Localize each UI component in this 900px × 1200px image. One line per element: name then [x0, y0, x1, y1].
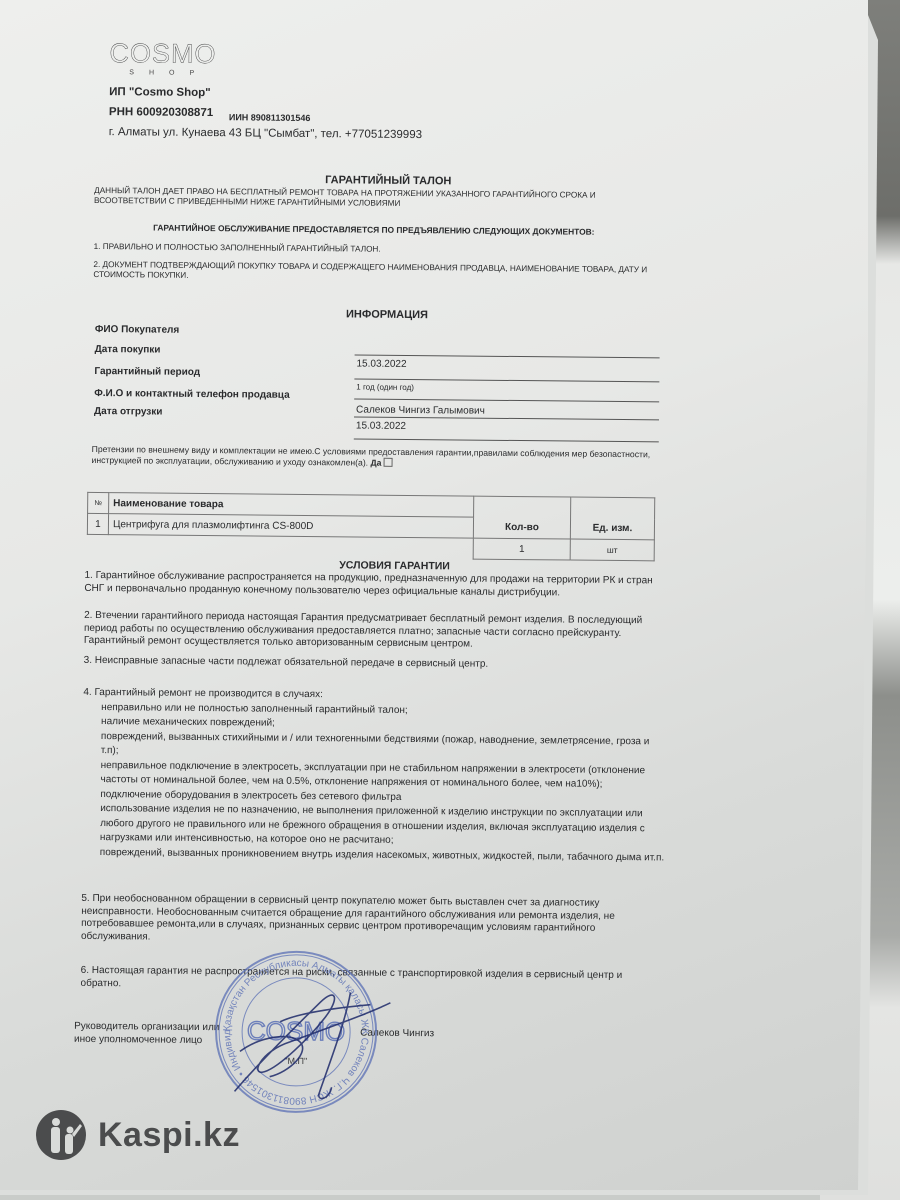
logo-sub: SHOP — [129, 69, 221, 77]
goods-table: № Наименование товара 1 Центрифуга для п… — [87, 492, 656, 561]
cosmo-shop-logo: COSMO SHOP — [109, 38, 221, 77]
underline — [354, 378, 659, 382]
handwritten-signature — [219, 981, 400, 1103]
info-label: Гарантийный период — [94, 366, 200, 378]
info-label: Ф.И.О и контактный телефон продавца — [94, 388, 290, 401]
condition-3: 3. Неисправные запасные части подлежат о… — [84, 655, 669, 673]
empty-cell — [87, 534, 108, 555]
rnn-number: РНН 600920308871 — [109, 106, 213, 119]
info-label: Дата покупки — [95, 344, 161, 356]
company-address: г. Алматы ул. Кунаева 43 БЦ "Сымбат", те… — [109, 126, 422, 141]
condition-2: 2. Втечении гарантийного периода настоящ… — [84, 610, 669, 653]
col-no: № — [88, 492, 109, 513]
info-row-purchase-date: Дата покупки 15.03.2022 — [95, 344, 665, 369]
col-qty: Кол-во — [473, 517, 570, 539]
acknowledgement-note: Претензии по внешнему виду и комплектаци… — [92, 444, 652, 471]
company-name: ИП "Cosmo Shop" — [109, 86, 211, 99]
document-content: COSMO SHOP ИП "Cosmo Shop" РНН 600920308… — [0, 0, 900, 1200]
info-label: ФИО Покупателя — [95, 324, 179, 336]
underline — [354, 398, 659, 402]
info-title: ИНФОРМАЦИЯ — [0, 305, 777, 324]
doc-requirement-2: 2. ДОКУМЕНТ ПОДТВЕРЖДАЮЩИЙ ПОКУПКУ ТОВАР… — [93, 260, 653, 285]
intro-text: ДАННЫЙ ТАЛОН ДАЕТ ПРАВО НА БЕСПЛАТНЫЙ РЕ… — [94, 186, 654, 211]
signatory-label-line2: иное уполномоченное лицо — [74, 1033, 219, 1047]
cell-no: 1 — [87, 513, 108, 534]
kaspi-logo-icon — [36, 1110, 86, 1160]
condition-4: 4. Гарантийный ремонт не производится в … — [82, 686, 669, 866]
signatory-label: Руководитель организации или иное уполно… — [74, 1020, 220, 1047]
note-yes: Да — [370, 458, 381, 468]
docs-heading: ГАРАНТИЙНОЕ ОБСЛУЖИВАНИЕ ПРЕДОСТАВЛЯЕТСЯ… — [94, 222, 654, 237]
underline — [354, 416, 659, 420]
iin-number: ИИН 890811301546 — [229, 112, 311, 123]
doc-requirement-1: 1. ПРАВИЛЬНО И ПОЛНОСТЬЮ ЗАПОЛНЕННЫЙ ГАР… — [94, 242, 654, 257]
underline — [354, 438, 659, 442]
info-label: Дата отгрузки — [94, 406, 162, 418]
info-row-warranty-period: Гарантийный период 1 год (один год) — [94, 366, 664, 391]
condition-5: 5. При необоснованном обращении в сервис… — [81, 893, 641, 948]
col-qty-spacer — [474, 496, 571, 518]
empty-cell — [108, 535, 473, 560]
underline — [355, 354, 660, 358]
yes-checkbox[interactable] — [384, 458, 393, 467]
logo-word: COSMO — [109, 38, 221, 70]
condition-1: 1. Гарантийное обслуживание распространя… — [84, 570, 669, 601]
info-row-shipping-date: Дата отгрузки 15.03.2022 — [94, 406, 664, 431]
exclusion-item: использование изделия не по назначению, … — [82, 802, 667, 851]
info-value: 15.03.2022 — [356, 420, 406, 431]
col-unit-spacer — [571, 497, 655, 519]
cell-qty: 1 — [473, 538, 570, 560]
col-unit: Ед. изм. — [570, 518, 654, 540]
kaspi-watermark-text: Kaspi.kz — [98, 1116, 240, 1155]
kaspi-watermark: Kaspi.kz — [36, 1110, 240, 1160]
cell-unit: шт — [570, 539, 654, 561]
